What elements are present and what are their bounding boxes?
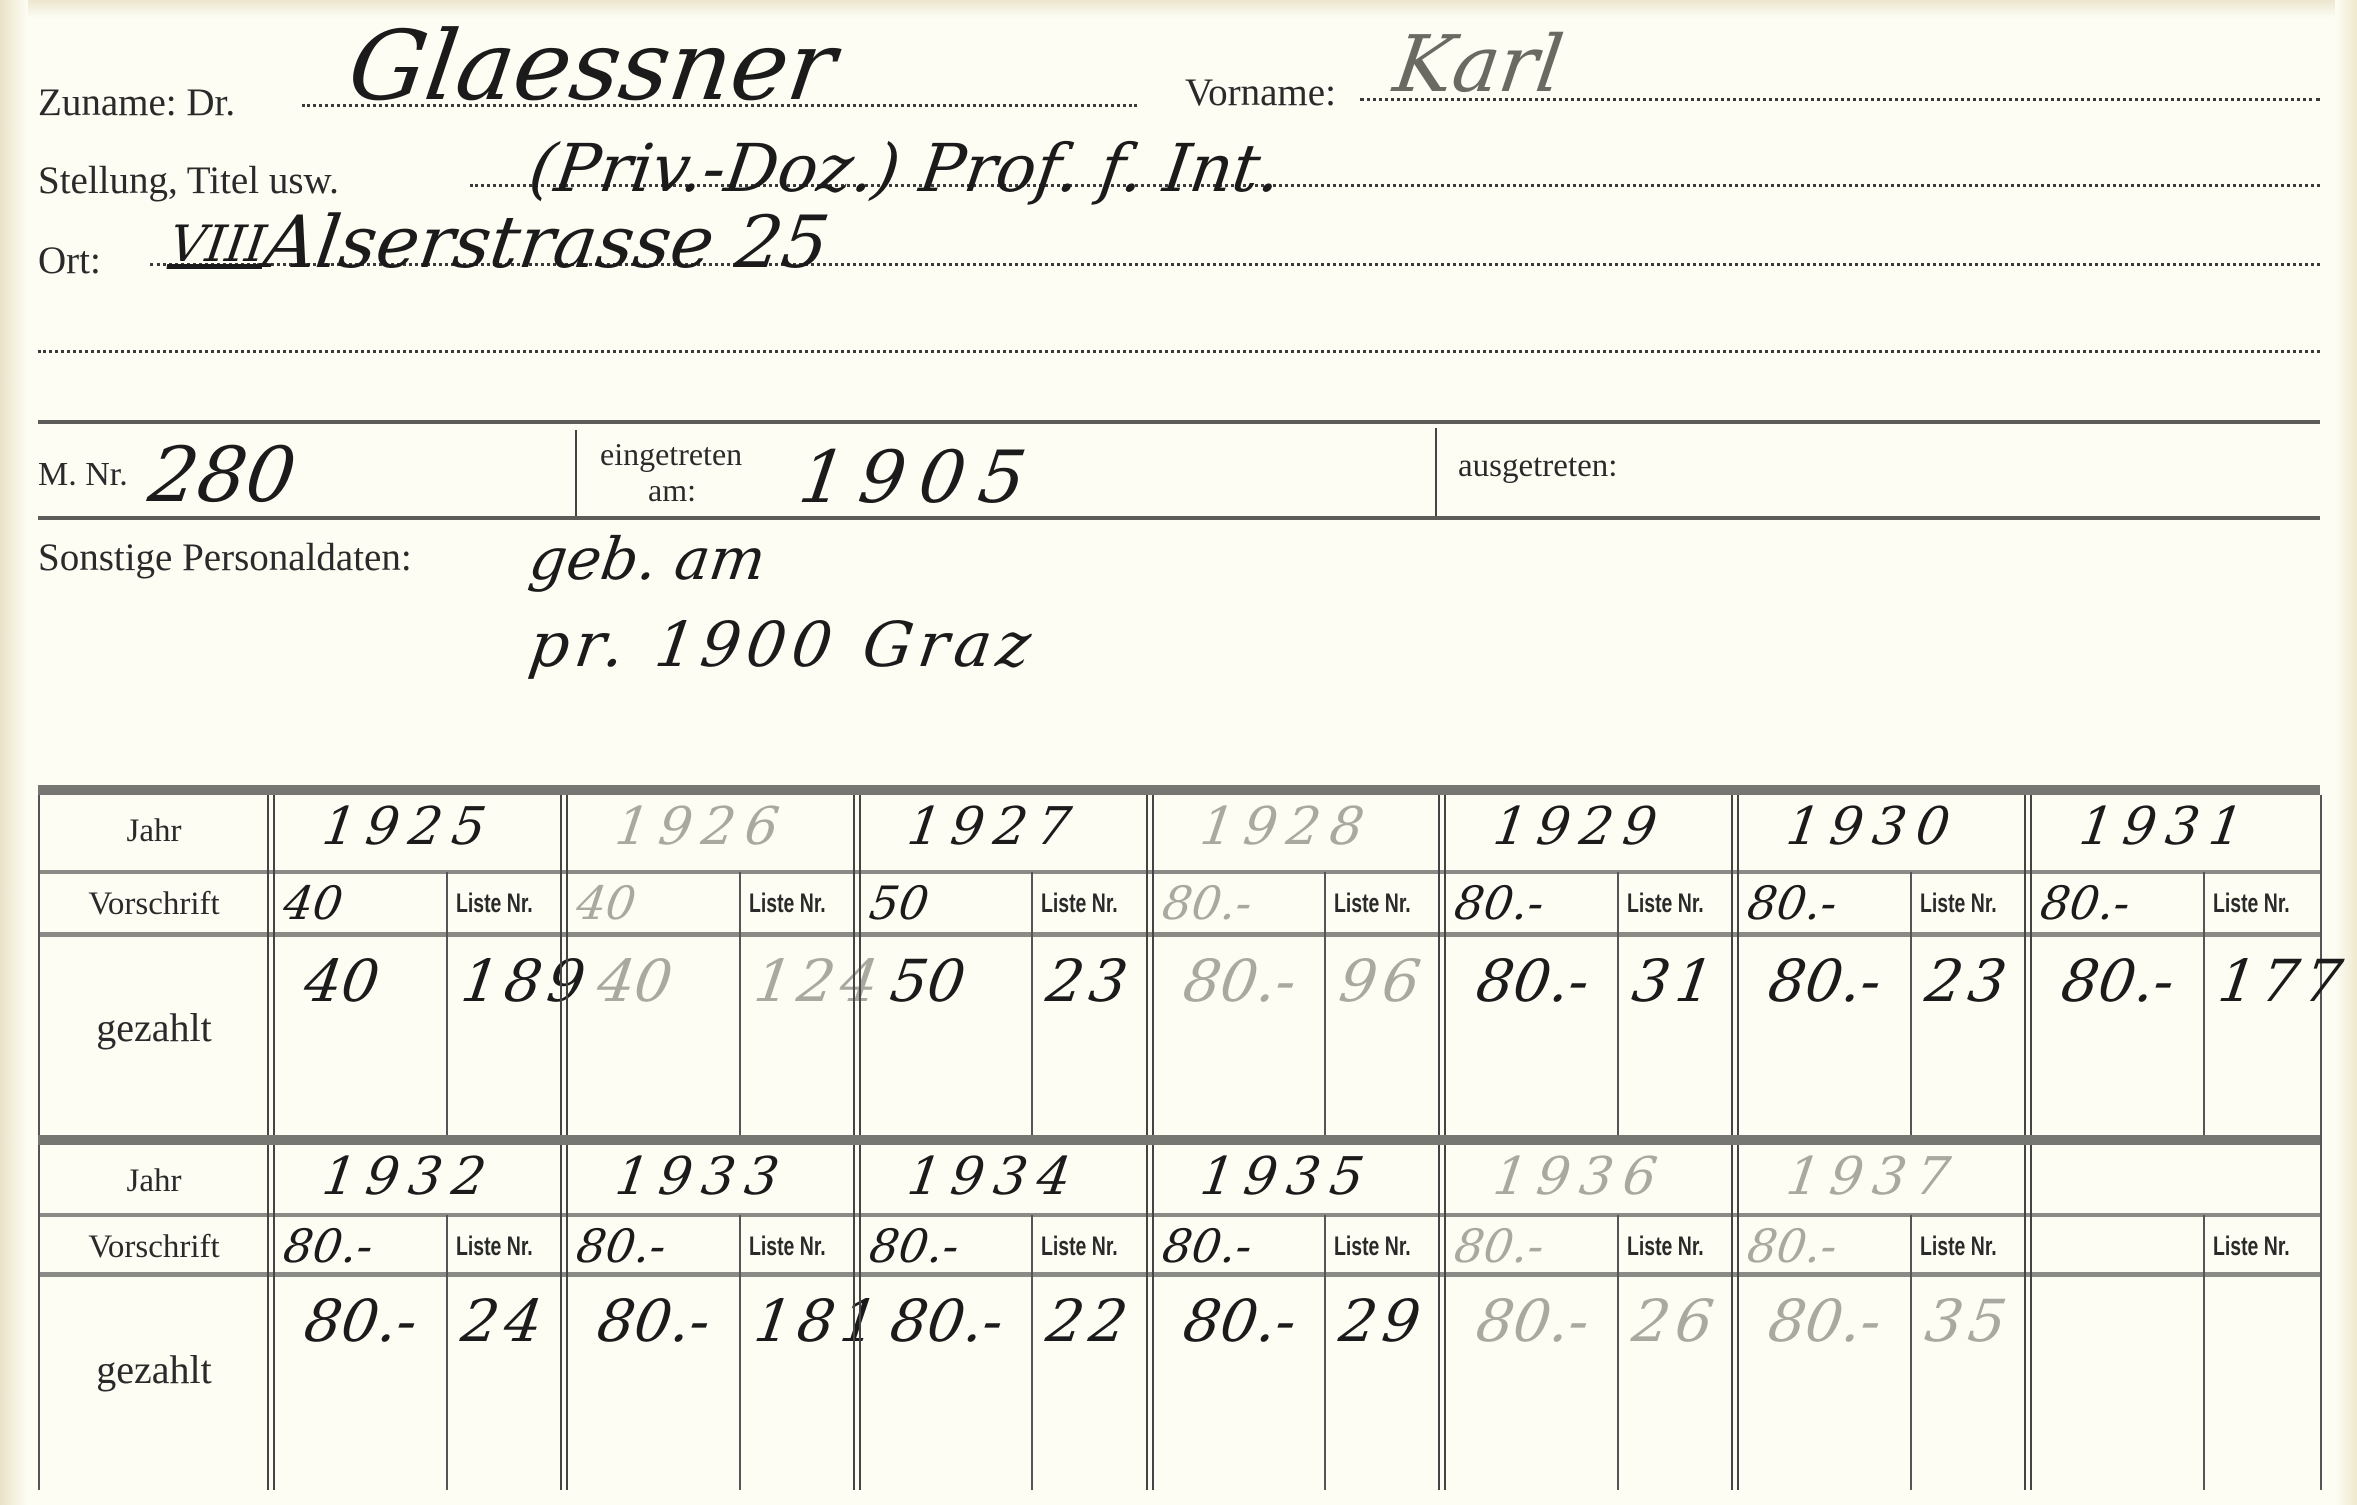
- year-column-divider: [1731, 795, 1739, 1145]
- year-column-divider: [1146, 795, 1154, 1145]
- stellung-value: (Priv.-Doz.) Prof. f. Int.: [525, 130, 1286, 207]
- liste-column-divider: [739, 872, 741, 1145]
- liste-nr-label: Liste Nr.: [1627, 888, 1704, 919]
- gezahlt-value: 80.-: [1765, 947, 1886, 1015]
- membership-top-rule: [38, 420, 2320, 424]
- paper-edge-top: [0, 0, 2357, 18]
- year-column-divider: [853, 1145, 861, 1490]
- vorschrift-value: 50: [866, 876, 932, 930]
- year-value: 1934: [904, 1147, 1085, 1207]
- liste-nr-label: Liste Nr.: [1041, 888, 1118, 919]
- eingetreten-label: eingetreten: [600, 436, 742, 473]
- section-2-top-bar: [38, 1135, 2320, 1145]
- year-value: 1926: [611, 797, 792, 857]
- vorschrift-value: 80.-: [1744, 1219, 1840, 1273]
- mnr-label: M. Nr.: [38, 456, 128, 494]
- year-value: 1929: [1490, 797, 1671, 857]
- gezahlt-value: 80.-: [593, 1287, 714, 1355]
- gezahlt-value: 80.-: [300, 1287, 421, 1355]
- vorschrift-value: 80.-: [866, 1219, 962, 1273]
- personal-line-1: geb. am: [525, 525, 770, 593]
- liste-nr-value: 22: [1043, 1287, 1138, 1355]
- year-column-divider: [2024, 1145, 2032, 1490]
- gezahlt-value: 80.-: [1179, 1287, 1300, 1355]
- liste-nr-label: Liste Nr.: [2213, 1231, 2290, 1262]
- vorschrift-value: 80.-: [1452, 1219, 1548, 1273]
- section-1-top-bar: [38, 785, 2320, 795]
- liste-nr-value: 189: [457, 947, 595, 1015]
- eingetreten-am-label: am:: [648, 472, 696, 509]
- vorschrift-value: 80.-: [1159, 1219, 1255, 1273]
- gezahlt-value: 80.-: [1472, 947, 1593, 1015]
- liste-nr-label: Liste Nr.: [1334, 888, 1411, 919]
- liste-nr-label: Liste Nr.: [1920, 1231, 1997, 1262]
- gezahlt-label: gezahlt: [38, 1346, 270, 1393]
- liste-column-divider: [1031, 872, 1033, 1145]
- vorname-label: Vorname:: [1185, 70, 1336, 115]
- section-1-vorschrift-rule: [38, 932, 2320, 937]
- liste-nr-label: Liste Nr.: [2213, 888, 2290, 919]
- liste-column-divider: [1324, 872, 1326, 1145]
- liste-nr-value: 26: [1628, 1287, 1723, 1355]
- year-value: 1931: [2076, 797, 2257, 857]
- stellung-label: Stellung, Titel usw.: [38, 158, 339, 203]
- ausgetreten-label: ausgetreten:: [1458, 448, 1617, 485]
- year-column-divider: [853, 795, 861, 1145]
- year-column-divider: [2024, 795, 2032, 1145]
- year-value: 1935: [1197, 1147, 1378, 1207]
- liste-column-divider: [446, 872, 448, 1145]
- liste-column-divider: [1910, 872, 1912, 1145]
- extra-line: [38, 350, 2320, 353]
- vorschrift-value: 80.-: [1452, 876, 1548, 930]
- gezahlt-label: gezahlt: [38, 1004, 270, 1051]
- zuname-value: Glaessner: [342, 10, 842, 122]
- year-column-divider: [267, 1145, 275, 1490]
- liste-nr-value: 177: [2214, 947, 2352, 1015]
- gezahlt-value: 50: [886, 947, 969, 1015]
- membership-divider-2: [1435, 428, 1437, 516]
- liste-nr-value: 23: [1043, 947, 1138, 1015]
- liste-nr-label: Liste Nr.: [749, 1231, 826, 1262]
- section-1-jahr-rule: [38, 870, 2320, 874]
- year-value: 1930: [1783, 797, 1964, 857]
- liste-column-divider: [2203, 1215, 2205, 1490]
- vorschrift-label: Vorschrift: [38, 886, 270, 923]
- gezahlt-value: 80.-: [1179, 947, 1300, 1015]
- year-value: 1937: [1783, 1147, 1964, 1207]
- gezahlt-value: 40: [300, 947, 383, 1015]
- membership-divider-1: [575, 430, 577, 516]
- liste-nr-value: 96: [1336, 947, 1431, 1015]
- liste-column-divider: [446, 1215, 448, 1490]
- year-column-divider: [1438, 795, 1446, 1145]
- gezahlt-value: 80.-: [1472, 1287, 1593, 1355]
- year-value: 1932: [318, 1147, 499, 1207]
- liste-nr-label: Liste Nr.: [1334, 1231, 1411, 1262]
- liste-nr-label: Liste Nr.: [456, 888, 533, 919]
- vorschrift-value: 80.-: [1159, 876, 1255, 930]
- year-column-divider: [560, 795, 568, 1145]
- year-value: 1928: [1197, 797, 1378, 857]
- gezahlt-value: 80.-: [2058, 947, 2179, 1015]
- year-value: 1933: [611, 1147, 792, 1207]
- vorschrift-value: 80.-: [2037, 876, 2133, 930]
- liste-nr-value: 35: [1921, 1287, 2016, 1355]
- mnr-value: 280: [144, 430, 302, 519]
- gezahlt-value: 40: [593, 947, 676, 1015]
- ort-value: Alserstrasse 25: [259, 200, 834, 284]
- jahr-label: Jahr: [38, 813, 270, 850]
- year-column-divider: [1146, 1145, 1154, 1490]
- year-column-divider: [1731, 1145, 1739, 1490]
- liste-column-divider: [2203, 872, 2205, 1145]
- liste-nr-value: 29: [1336, 1287, 1431, 1355]
- liste-nr-label: Liste Nr.: [1041, 1231, 1118, 1262]
- liste-nr-value: 24: [457, 1287, 552, 1355]
- ort-label: Ort:: [38, 238, 101, 283]
- paper-edge-right: [2335, 0, 2357, 1505]
- personal-line-2: pr. 1900 Graz: [525, 608, 1041, 681]
- liste-column-divider: [1324, 1215, 1326, 1490]
- liste-nr-value: 31: [1628, 947, 1723, 1015]
- vorschrift-value: 80.-: [573, 1219, 669, 1273]
- liste-nr-label: Liste Nr.: [749, 888, 826, 919]
- year-value: 1925: [318, 797, 499, 857]
- vorschrift-value: 40: [280, 876, 346, 930]
- eingetreten-value: 1905: [794, 435, 1045, 519]
- liste-nr-value: 181: [750, 1287, 888, 1355]
- liste-nr-label: Liste Nr.: [456, 1231, 533, 1262]
- liste-nr-label: Liste Nr.: [1627, 1231, 1704, 1262]
- liste-column-divider: [1617, 872, 1619, 1145]
- personal-label: Sonstige Personaldaten:: [38, 535, 412, 580]
- vorschrift-value: 80.-: [280, 1219, 376, 1273]
- membership-bottom-rule: [38, 516, 2320, 520]
- liste-column-divider: [1617, 1215, 1619, 1490]
- jahr-label: Jahr: [38, 1163, 270, 1200]
- vorschrift-value: 80.-: [1744, 876, 1840, 930]
- paper-edge-left: [0, 0, 28, 1505]
- gezahlt-value: 80.-: [1765, 1287, 1886, 1355]
- year-column-divider: [560, 1145, 568, 1490]
- liste-column-divider: [1031, 1215, 1033, 1490]
- liste-column-divider: [1910, 1215, 1912, 1490]
- section-2-jahr-rule: [38, 1213, 2320, 1217]
- section-2-right-border: [2320, 1145, 2322, 1490]
- year-column-divider: [1438, 1145, 1446, 1490]
- ort-district: VIII: [166, 215, 270, 273]
- gezahlt-value: 80.-: [886, 1287, 1007, 1355]
- liste-column-divider: [739, 1215, 741, 1490]
- vorschrift-value: 40: [573, 876, 639, 930]
- liste-nr-value: 23: [1921, 947, 2016, 1015]
- year-column-divider: [267, 795, 275, 1145]
- liste-nr-value: 124: [750, 947, 888, 1015]
- liste-nr-label: Liste Nr.: [1920, 888, 1997, 919]
- zuname-label: Zuname: Dr.: [38, 80, 235, 125]
- year-value: 1927: [904, 797, 1085, 857]
- vorschrift-label: Vorschrift: [38, 1229, 270, 1266]
- vorname-value: Karl: [1389, 20, 1569, 110]
- year-value: 1936: [1490, 1147, 1671, 1207]
